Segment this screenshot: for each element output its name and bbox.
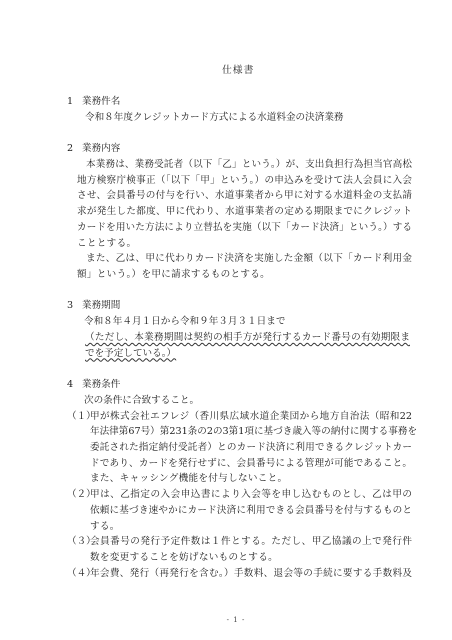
section-2-heading: 2 業務内容 [0, 141, 452, 157]
list-item: （１） 甲が株式会社エフレジ（香川県広域水道企業団から地方自治法（昭和22 [0, 409, 452, 425]
conditions-intro: 次の条件に合致すること。 [0, 393, 452, 409]
section-heading: 業務内容 [82, 141, 120, 157]
document-body: 仕様書 1 業務件名 令和８年度クレジットカード方式による水道料金の決済業務 2… [0, 63, 452, 582]
paragraph-line: 求が発生した都度、甲に代わり、水道事業者の定める期限までにクレジット [0, 204, 452, 220]
section-heading: 業務件名 [82, 94, 120, 110]
paragraph-line: 本業務は、業務受託者（以下「乙」という。）が、支出負担行為担当官高松 [0, 157, 452, 173]
list-item: （２） 甲は、乙指定の入会申込書により入会等を申し込むものとし、乙は甲の [0, 487, 452, 503]
list-item-line: また、キャッシング機能を付与しないこと。 [0, 471, 452, 487]
note-line: （ただし、本業務期間は契約の相手方が発行するカード番号の有効期限ま [0, 330, 452, 346]
list-item: （３） 会員番号の発行予定件数は１件とする。ただし、甲乙協議の上で発行件 [0, 534, 452, 550]
blank-line [0, 126, 452, 142]
paragraph-text: 求が発生した都度、甲に代わり、水道事業者の定める期限までにクレジット [77, 204, 412, 220]
page-number: - 1 - [222, 616, 250, 624]
blank-line [0, 361, 452, 377]
item-text: ドであり、カードを発行せずに、会員番号による管理が可能であること。 [90, 456, 412, 472]
section-1-heading: 1 業務件名 [0, 94, 452, 110]
list-item-line: 数を変更することを妨げないものとする。 [0, 550, 452, 566]
note-line: でを予定している。） [0, 346, 452, 362]
item-label: （１） [67, 409, 89, 425]
section-heading: 業務条件 [82, 377, 120, 393]
paragraph-text: こととする。 [77, 236, 136, 252]
item-text: 年会費、発行（再発行を含む。）手数料、退会等の手続に要する手数料及 [90, 566, 412, 582]
list-item-line: 年法律第67号）第231条の2の3第1項に基づき歳入等の納付に関する事務を [0, 424, 452, 440]
blank-line [0, 78, 452, 94]
section-number: 2 [67, 141, 73, 157]
section-number: 4 [67, 377, 73, 393]
section-number: 1 [67, 94, 73, 110]
section-4-heading: 4 業務条件 [0, 377, 452, 393]
period-line: 令和８年４月１日から令和９年３月３１日まで [0, 314, 452, 330]
list-item-line: ドであり、カードを発行せずに、会員番号による管理が可能であること。 [0, 456, 452, 472]
paragraph-line: カードを用いた方法により立替払を実施（以下「カード決済」という。）する [0, 220, 452, 236]
item-label: （３） [67, 534, 89, 550]
period-note-text: でを予定している。） [85, 346, 176, 362]
paragraph-text: 地方検察庁検事正（「以下「甲」という。）の申込みを受けて法人会員に入会 [77, 173, 412, 189]
section-heading: 業務期間 [82, 298, 120, 314]
item-label: （４） [67, 566, 89, 582]
blank-line [0, 283, 452, 299]
paragraph-line: 額」という。）を甲に請求するものとする。 [0, 267, 452, 283]
item-text: 甲は、乙指定の入会申込書により入会等を申し込むものとし、乙は甲の [90, 487, 412, 503]
item-text: また、キャッシング機能を付与しないこと。 [90, 471, 287, 487]
paragraph-text: 額」という。）を甲に請求するものとする。 [77, 267, 270, 283]
section-1-body: 令和８年度クレジットカード方式による水道料金の決済業務 [0, 110, 452, 126]
item-text: 委託された指定納付受託者）とのカード決済に利用できるクレジットカー [90, 440, 412, 456]
paragraph-text: 本業務は、業務受託者（以下「乙」という。）が、支出負担行為担当官高松 [86, 157, 412, 173]
title-line: 仕様書 [0, 63, 452, 79]
item-text: 年法律第67号）第231条の2の3第1項に基づき歳入等の納付に関する事務を [90, 424, 412, 440]
paragraph-text: カードを用いた方法により立替払を実施（以下「カード決済」という。）する [77, 220, 412, 236]
document-page: 仕様書 1 業務件名 令和８年度クレジットカード方式による水道料金の決済業務 2… [0, 0, 452, 640]
paragraph-line: また、乙は、甲に代わりカード決済を実施した金額（以下「カード利用金 [0, 251, 452, 267]
paragraph-line: 地方検察庁検事正（「以下「甲」という。）の申込みを受けて法人会員に入会 [0, 173, 452, 189]
item-text: 数を変更することを妨げないものとする。 [90, 550, 278, 566]
list-item-line: 依頼に基づき速やかにカード決済に利用できる会員番号を付与するものと [0, 503, 452, 519]
intro-text: 次の条件に合致すること。 [84, 393, 199, 409]
item-text: 依頼に基づき速やかにカード決済に利用できる会員番号を付与するものと [90, 503, 412, 519]
item-label: （２） [67, 487, 89, 503]
paragraph-text: また、乙は、甲に代わりカード決済を実施した金額（以下「カード利用金 [86, 251, 412, 267]
paragraph-text: させ、会員番号の付与を行い、水道事業者から甲に対する水道料金の支払請 [77, 188, 412, 204]
section-3-heading: 3 業務期間 [0, 298, 452, 314]
list-item-line: 委託された指定納付受託者）とのカード決済に利用できるクレジットカー [0, 440, 452, 456]
business-period: 令和８年４月１日から令和９年３月３１日まで [84, 314, 285, 330]
business-name: 令和８年度クレジットカード方式による水道料金の決済業務 [85, 110, 344, 126]
paragraph-line: させ、会員番号の付与を行い、水道事業者から甲に対する水道料金の支払請 [0, 188, 452, 204]
list-item: （４） 年会費、発行（再発行を含む。）手数料、退会等の手続に要する手数料及 [0, 566, 452, 582]
paragraph-line: こととする。 [0, 236, 452, 252]
item-text: 甲が株式会社エフレジ（香川県広域水道企業団から地方自治法（昭和22 [90, 409, 412, 425]
document-title: 仕様書 [222, 63, 254, 79]
list-item-line: する。 [0, 519, 452, 535]
item-text: する。 [90, 519, 120, 535]
period-note-text: （ただし、本業務期間は契約の相手方が発行するカード番号の有効期限ま [85, 330, 410, 346]
item-text: 会員番号の発行予定件数は１件とする。ただし、甲乙協議の上で発行件 [90, 534, 412, 550]
section-number: 3 [67, 298, 73, 314]
